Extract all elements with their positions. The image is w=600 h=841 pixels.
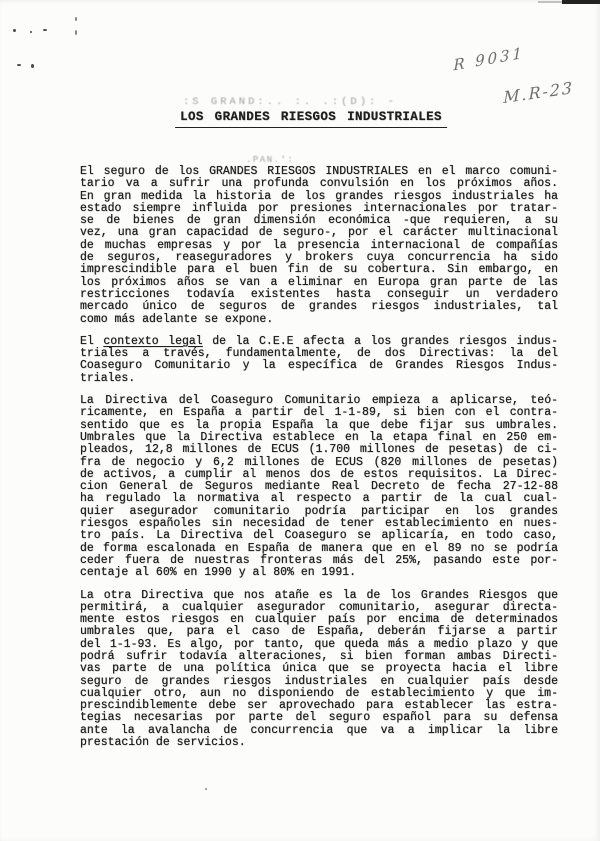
scan-edge-mark [538, 1, 564, 3]
scanned-page: R 9031 M.R-23 :S GRAND:.. :. .:(D): - .P… [0, 0, 600, 841]
text-line: prestación de servicios. [80, 737, 558, 749]
body-paragraph: La Directiva del Coaseguro Comunitario e… [80, 395, 558, 579]
body-paragraph: La otra Directiva que nos atañe es la de… [80, 590, 558, 750]
text-line: mercado único de seguros de grandes ries… [80, 301, 558, 313]
scan-speck [75, 17, 77, 21]
scan-edge-mark [562, 0, 600, 4]
text-line: imprescindible para el buen fin de su co… [80, 264, 558, 276]
text-line: como más adelante se expone. [80, 314, 558, 326]
text-line: vas parte de una política única que se p… [80, 663, 558, 675]
text-line: triales. [80, 373, 558, 385]
text-line: tegias necesarias por parte del seguro e… [80, 712, 558, 724]
ghost-overprint-title: :S GRAND:.. :. .:(D): - [183, 96, 397, 108]
underlined-phrase: contexto legal [103, 335, 202, 348]
scan-speck [75, 30, 77, 35]
text-line: tro país. La Directiva del Coaseguro se … [80, 530, 558, 542]
body-paragraph: El seguro de los GRANDES RIESGOS INDUSTR… [80, 166, 558, 326]
text-line: vez, una gran capacidad de seguro-, por … [80, 227, 558, 239]
scan-speck [31, 64, 34, 68]
body-paragraph: El contexto legal de la C.E.E afecta a l… [80, 336, 558, 385]
ghost-overprint-word: .PAN.': [246, 155, 294, 165]
scan-speck [205, 788, 207, 790]
text-line: tario va a sufrir una profunda convulsió… [80, 178, 558, 190]
handwritten-code-top: R 9031 [454, 44, 525, 75]
text-line: centaje al 60% en 1990 y al 80% en 1991. [80, 567, 558, 579]
scan-speck [17, 64, 21, 66]
handwritten-code-bottom: M.R-23 [503, 78, 574, 107]
text-line: umbrales que, para el caso de España, de… [80, 626, 558, 638]
scan-speck [30, 31, 32, 33]
document-body: El seguro de los GRANDES RIESGOS INDUSTR… [80, 166, 558, 749]
text-line: fra de negocio y 6,2 millones de ECUS (8… [80, 457, 558, 469]
text-line: ricamente, en España a partir del 1-1-89… [80, 407, 558, 419]
text-line: pleados, 12,8 millones de ECUS (1.700 mi… [80, 444, 558, 456]
scan-speck [43, 29, 47, 31]
scan-speck [13, 29, 16, 32]
document-title: LOS GRANDES RIESGOS INDUSTRIALES [175, 110, 447, 128]
text-line: La otra Directiva que nos atañe es la de… [80, 590, 558, 602]
text-line: Coaseguro Comunitario y la específica de… [80, 360, 558, 372]
text-line: ha regulado la normativa al respecto a p… [80, 493, 558, 505]
